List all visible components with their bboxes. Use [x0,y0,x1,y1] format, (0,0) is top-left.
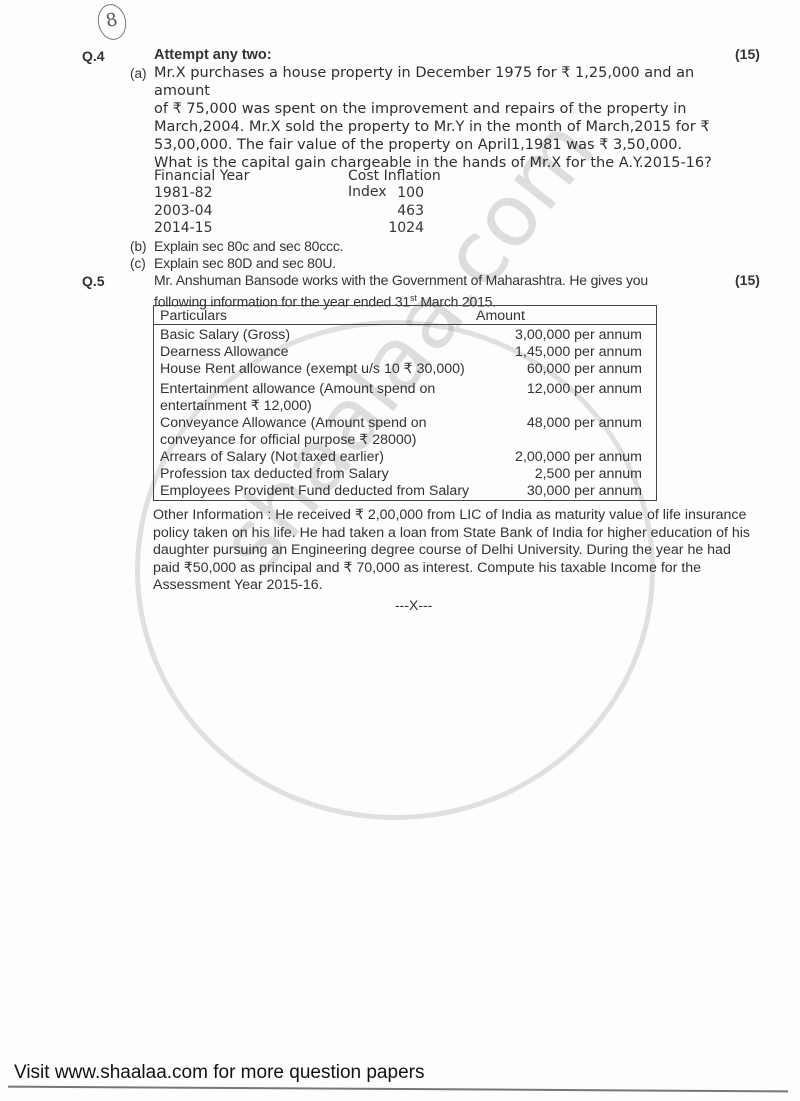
amount: 30,000 per annum [476,483,657,501]
end-marker: ---X--- [395,597,432,613]
question-4-heading: Attempt any two: [154,47,272,63]
amount: 2,00,000 per annum [476,449,657,466]
table-row: Arrears of Salary (Not taxed earlier) 2,… [154,449,657,466]
particular: Dearness Allowance [154,344,477,361]
q4-a-line: of ₹ 75,000 was spent on the improvement… [154,100,754,118]
question-4-marks: (15) [735,46,760,62]
amount: 48,000 per annum [476,415,657,449]
amount: 3,00,000 per annum [476,325,657,345]
cii-header-year: Financial Year [154,168,249,184]
question-5-number: Q.5 [82,273,105,289]
cii-row: 1981-82 100 [154,185,454,202]
q4-a-text: Mr.X purchases a house property in Decem… [154,64,754,172]
table-row: Profession tax deducted from Salary 2,50… [154,466,657,483]
amount: 1,45,000 per annum [476,344,657,361]
header-particulars: Particulars [154,306,477,325]
amount: 60,000 per annum [476,361,657,378]
q4-b-label: (b) [130,239,147,254]
cii-year: 2014-15 [154,220,213,236]
cii-index: 463 [344,203,424,219]
cii-row: 2003-04 463 [154,203,454,220]
q4-a-line: March,2004. Mr.X sold the property to Mr… [154,118,754,136]
q5-intro-sup: st [410,293,417,303]
amount: 2,500 per annum [476,466,657,483]
footer-link-text[interactable]: Visit www.shaalaa.com for more question … [14,1062,424,1084]
table-row: Entertainment allowance (Amount spend on… [154,378,657,415]
cii-row: 2014-15 1024 [154,220,454,237]
header-amount: Amount [476,306,657,325]
cii-year: 1981-82 [154,185,213,201]
q4-a-label: (a) [130,66,147,81]
table-row: Conveyance Allowance (Amount spend on co… [154,415,657,449]
q4-b-text: Explain sec 80c and sec 80ccc. [154,238,343,256]
table-row: Employees Provident Fund deducted from S… [154,483,657,501]
particular: Profession tax deducted from Salary [154,466,477,483]
question-5-marks: (15) [735,272,760,288]
amount: 12,000 per annum [476,378,657,415]
cii-year: 2003-04 [154,203,213,219]
cii-index: 100 [344,185,424,201]
particular: Entertainment allowance (Amount spend on… [154,378,477,415]
q4-c-label: (c) [130,256,146,271]
question-4-number: Q.4 [82,48,105,64]
page-number-mark: 8 [95,1,130,42]
table-row: House Rent allowance (exempt u/s 10 ₹ 30… [154,361,657,378]
footer-divider [8,1086,788,1093]
q4-a-line: Mr.X purchases a house property in Decem… [154,64,754,100]
particular: Arrears of Salary (Not taxed earlier) [154,449,477,466]
table-row: Basic Salary (Gross) 3,00,000 per annum [154,325,657,345]
q5-intro-line: Mr. Anshuman Bansode works with the Gove… [154,272,734,290]
cii-header: Financial Year Cost Inflation Index [154,168,454,185]
particular: Conveyance Allowance (Amount spend on co… [154,415,477,449]
other-information: Other Information : He received ₹ 2,00,0… [153,507,753,595]
table-row: Dearness Allowance 1,45,000 per annum [154,344,657,361]
q4-c-text: Explain sec 80D and sec 80U. [154,255,336,273]
cii-index: 1024 [344,220,424,236]
particular: Employees Provident Fund deducted from S… [154,483,477,501]
salary-particulars-table: Particulars Amount Basic Salary (Gross) … [153,305,657,501]
q4-a-line: 53,00,000. The fair value of the propert… [154,136,754,154]
particular: House Rent allowance (exempt u/s 10 ₹ 30… [154,361,477,378]
particular: Basic Salary (Gross) [154,325,477,345]
table-header-row: Particulars Amount [154,306,657,325]
